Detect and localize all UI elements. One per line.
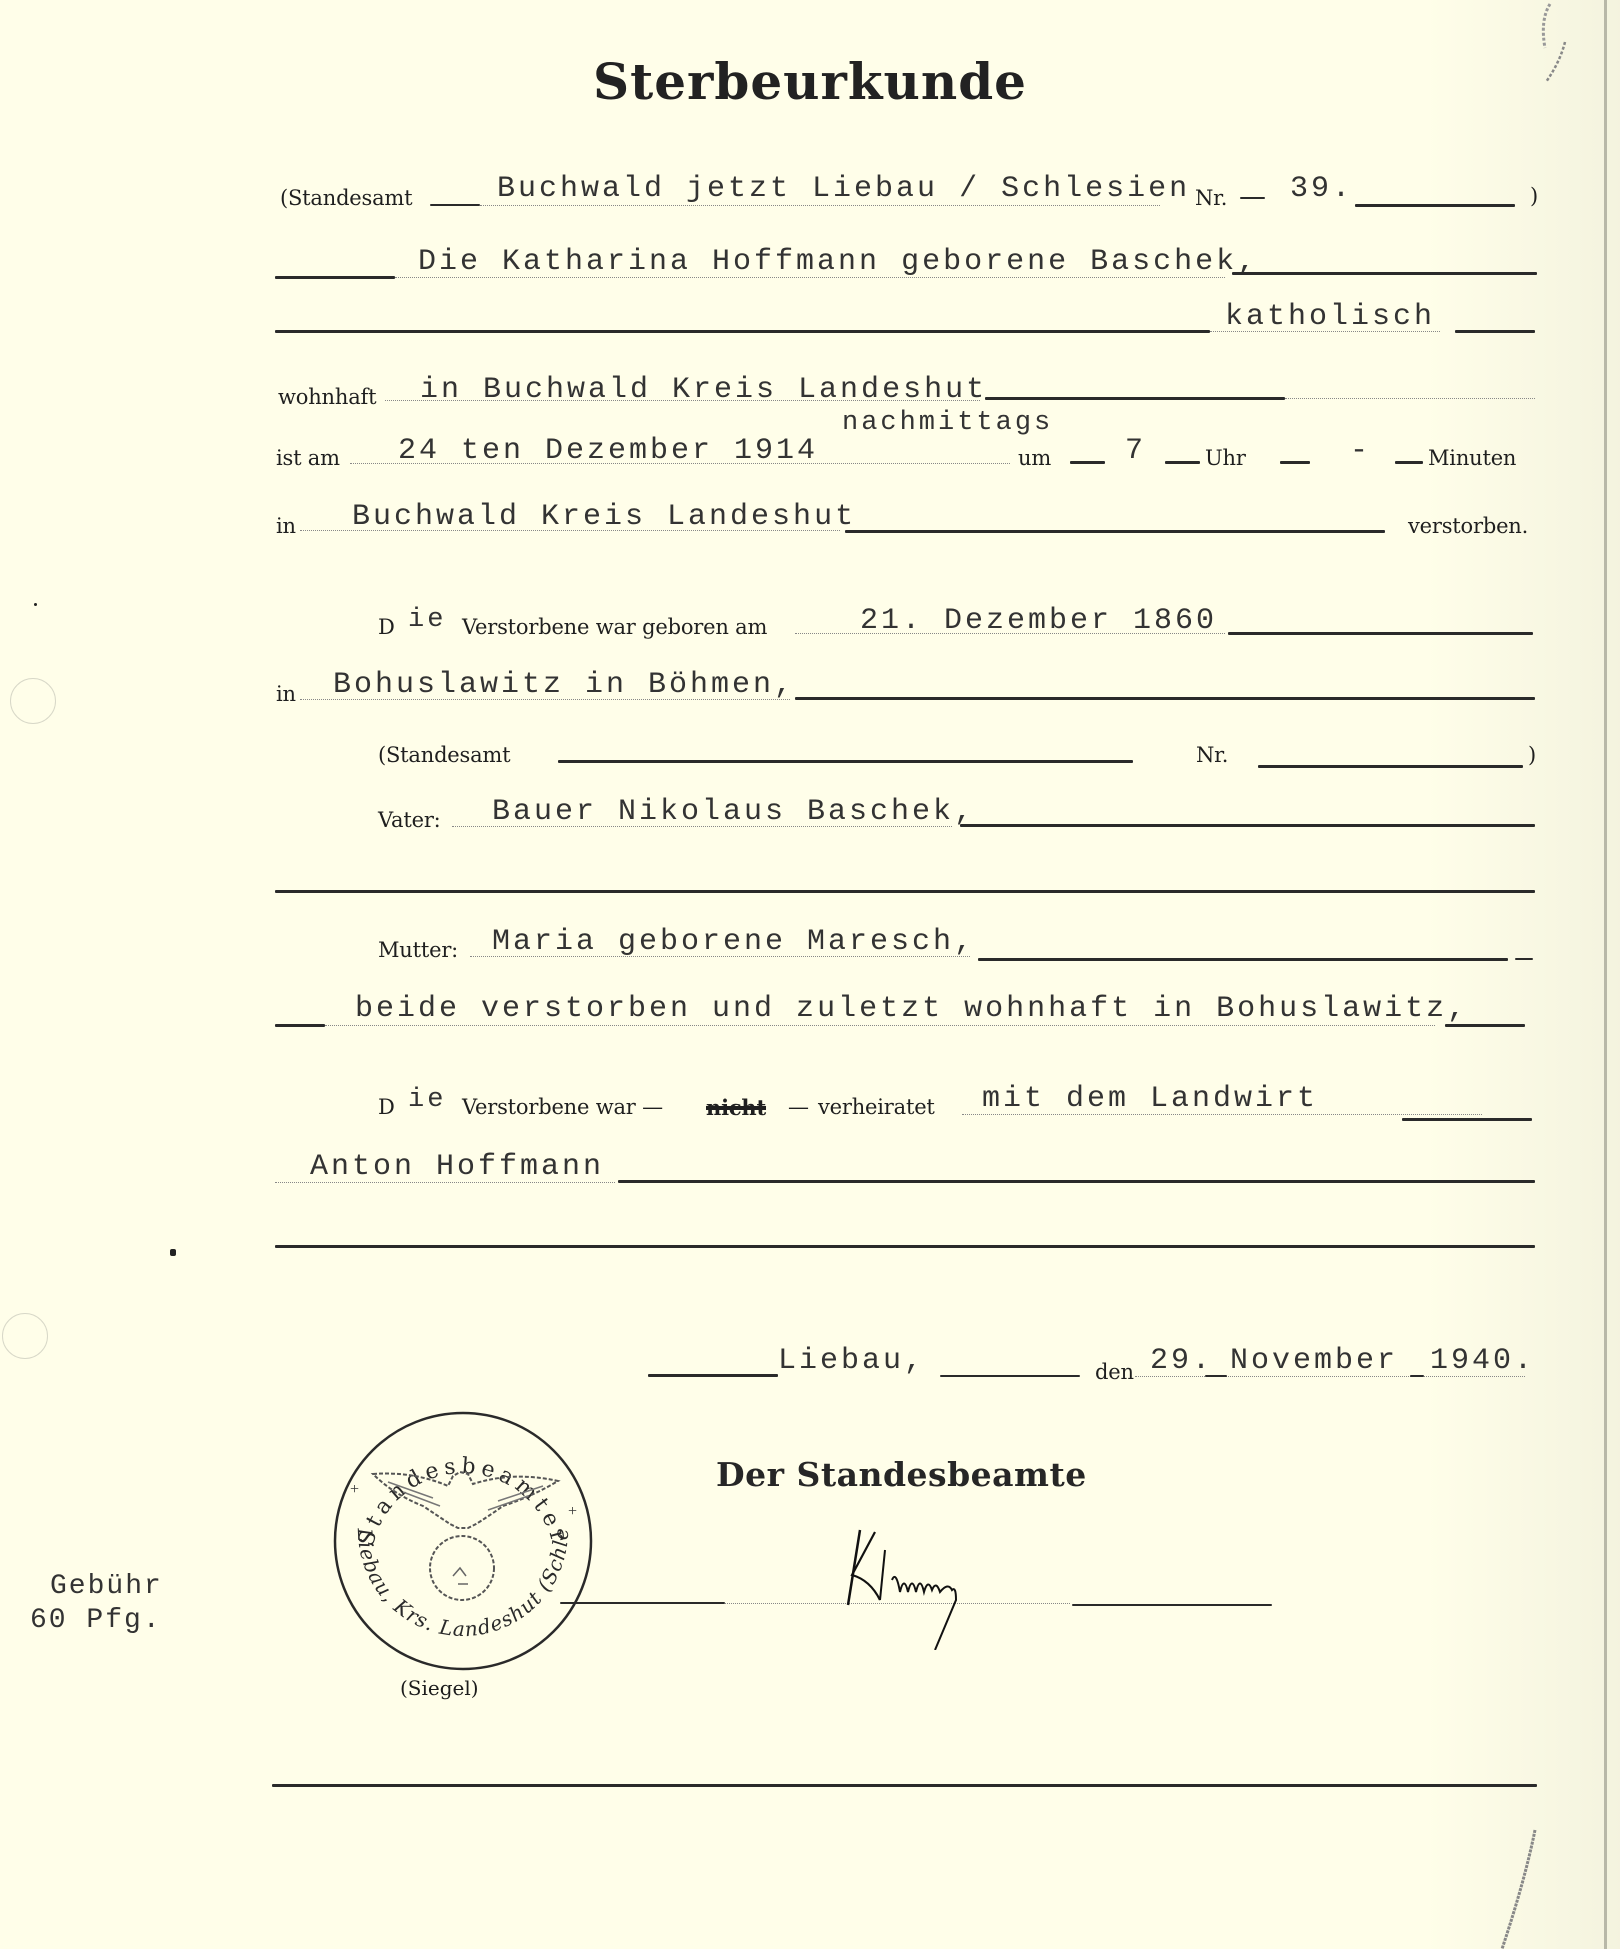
father-label: Vater: [378, 808, 441, 832]
pencil-mark-icon [1490, 1820, 1550, 1949]
form-line [275, 276, 395, 279]
seal-eagle-icon: Standesbeamter in Liebau, Krs. Landeshut… [328, 1406, 598, 1676]
birth-place: Bohuslawitz in Böhmen, [333, 668, 795, 702]
svg-text:Standesbeamter: Standesbeamter [354, 1454, 572, 1549]
svg-text:+: + [350, 1481, 359, 1498]
marriage-intro-label: Verstorbene war — [462, 1095, 663, 1119]
form-line [1258, 765, 1523, 768]
form-line [1355, 204, 1515, 207]
svg-text:+: + [568, 1503, 577, 1520]
form-line [940, 1375, 1080, 1377]
birth-intro-label: Verstorbene war geboren am [462, 615, 767, 639]
fee-label: Gebühr [30, 1570, 163, 1604]
form-line [1280, 461, 1310, 464]
form-line [430, 204, 480, 206]
form-line [275, 1024, 325, 1027]
marriage-dash: — [788, 1095, 809, 1119]
form-line [1232, 272, 1537, 275]
death-minutes: - [1350, 434, 1371, 468]
parents-note: beide verstorben und zuletzt wohnhaft in… [355, 992, 1468, 1026]
issued-year: 1940. [1430, 1344, 1535, 1378]
birth-intro-typed: ie [408, 605, 446, 635]
registrar-signature [840, 1520, 1000, 1655]
ink-speck [170, 1249, 176, 1256]
marriage-with: mit dem Landwirt [982, 1082, 1318, 1116]
form-line [1072, 1604, 1272, 1606]
death-place-label: in [276, 514, 296, 538]
handwritten-signature-icon [840, 1520, 1000, 1650]
form-line [275, 330, 1210, 333]
issued-month: November [1230, 1344, 1398, 1378]
issued-place: Liebau, [778, 1344, 925, 1378]
death-verstorben-label: verstorben. [1408, 514, 1528, 538]
marriage-status-label: verheiratet [818, 1095, 935, 1119]
seal-label: (Siegel) [400, 1676, 479, 1700]
deceased-religion: katholisch [1225, 300, 1435, 334]
form-line [1070, 461, 1105, 464]
death-place: Buchwald Kreis Landeshut [352, 500, 856, 534]
form-line [1445, 1024, 1525, 1027]
issued-den-label: den [1095, 1360, 1134, 1384]
registry-nr-label: Nr. [1195, 186, 1227, 210]
birth-registry-close: ) [1528, 743, 1536, 767]
death-hour: 7 [1125, 434, 1146, 468]
death-time-of-day: nachmittags [842, 408, 1053, 438]
form-line-bottom [272, 1784, 1537, 1787]
birth-intro-d: D [378, 615, 395, 639]
official-seal: Standesbeamter in Liebau, Krs. Landeshut… [328, 1406, 598, 1676]
form-line [978, 958, 1508, 961]
death-um-label: um [1018, 446, 1051, 470]
fee-note: Gebühr 60 Pfg. [30, 1570, 163, 1638]
form-line [845, 530, 1385, 533]
deceased-name: Die Katharina Hoffmann geborene Baschek, [418, 245, 1258, 279]
form-line [1410, 1375, 1424, 1377]
registrar-title: Der Standesbeamte [716, 1455, 1087, 1494]
death-minutes-label: Minuten [1428, 446, 1516, 470]
form-line [618, 1180, 1535, 1183]
form-line [960, 824, 1535, 827]
punch-hole-mark [10, 678, 56, 724]
form-line [1205, 1375, 1227, 1377]
birth-date: 21. Dezember 1860 [860, 604, 1217, 638]
form-line [558, 760, 1133, 763]
father-name: Bauer Nikolaus Baschek, [492, 795, 975, 829]
form-line [1240, 197, 1265, 199]
death-uhr-label: Uhr [1205, 446, 1246, 470]
document-title: Sterbeurkunde [0, 52, 1620, 111]
issued-day: 29. [1150, 1344, 1213, 1378]
scan-edge-line [1604, 0, 1607, 1949]
form-line [275, 890, 1535, 893]
birth-place-label: in [276, 682, 296, 706]
spouse-name: Anton Hoffmann [310, 1150, 604, 1184]
residence-label: wohnhaft [278, 385, 376, 409]
punch-hole-mark [2, 1313, 48, 1359]
marriage-intro-d: D [378, 1095, 395, 1119]
death-date-label: ist am [276, 446, 340, 470]
deceased-residence: in Buchwald Kreis Landeshut [420, 373, 987, 407]
form-line [560, 1602, 725, 1604]
form-dotted-line [1285, 398, 1535, 399]
form-line [648, 1374, 778, 1377]
form-line [1402, 1118, 1532, 1121]
mother-label: Mutter: [378, 938, 458, 962]
ink-speck [34, 603, 37, 606]
form-line [275, 1245, 1535, 1248]
registry-label: (Standesamt [280, 186, 412, 210]
birth-registry-nr-label: Nr. [1196, 743, 1228, 767]
form-line [1515, 958, 1533, 960]
form-line [795, 697, 1535, 700]
form-line [1228, 632, 1533, 635]
registry-close: ) [1530, 184, 1538, 208]
form-line [1455, 330, 1535, 333]
registry-office-value: Buchwald jetzt Liebau / Schlesien [497, 172, 1190, 206]
form-line [1395, 461, 1423, 464]
form-line [985, 397, 1285, 400]
birth-registry-label: (Standesamt [378, 743, 510, 767]
marriage-intro-typed: ie [408, 1085, 446, 1115]
form-line [1165, 461, 1200, 464]
fee-amount: 60 Pfg. [30, 1604, 163, 1638]
registry-nr-value: 39. [1290, 172, 1353, 206]
death-date: 24 ten Dezember 1914 [398, 434, 818, 468]
marriage-struck-nicht: nicht [706, 1095, 766, 1120]
mother-name: Maria geborene Maresch, [492, 925, 975, 959]
